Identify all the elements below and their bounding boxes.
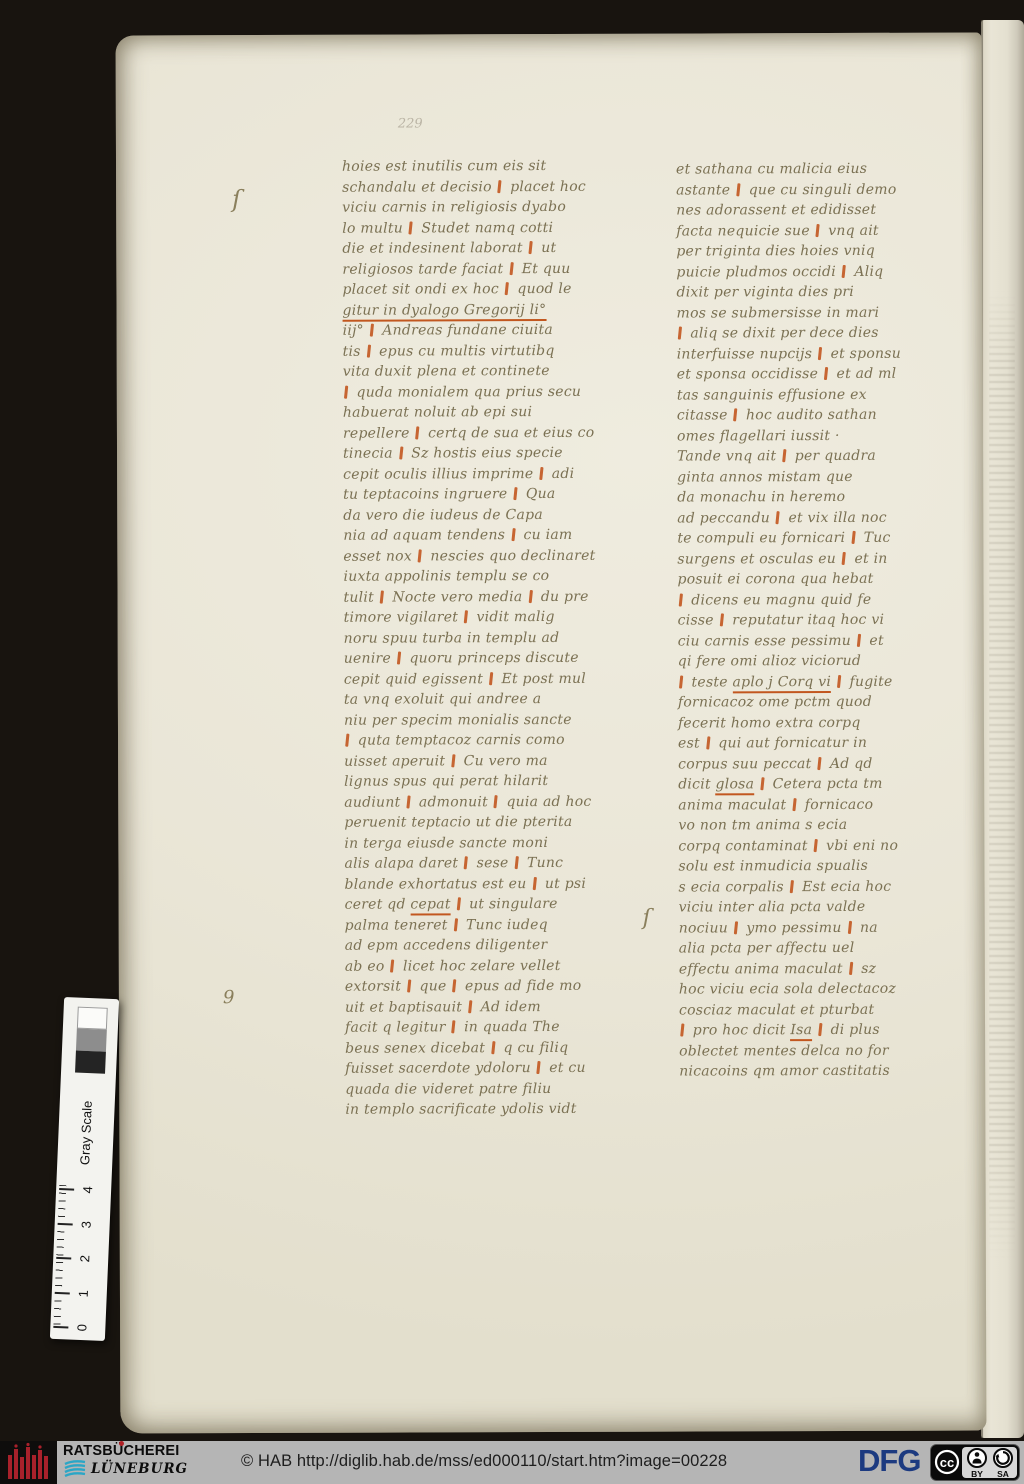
manuscript-line: audiunt admonuit quia ad hoc (344, 791, 656, 813)
ruler-number: 0 (74, 1324, 89, 1332)
manuscript-line: repellere certq de sua et eius co (343, 422, 655, 444)
manuscript-line: in terga eiusde sancte moni (344, 832, 656, 854)
rubric-mark (345, 734, 349, 747)
rubric-mark (776, 511, 780, 524)
manuscript-line: habuerat noluit ab epi sui (343, 402, 655, 424)
ruler-number: 1 (76, 1290, 91, 1298)
rubric-mark (453, 918, 457, 931)
manuscript-line: tu teptacoins ingruere Qua (343, 484, 655, 506)
manuscript-line: tulit Nocte vero media du pre (343, 586, 655, 608)
rubricated-text: Isa (790, 1022, 812, 1041)
scanned-manuscript-view: 229 ſ 9 ſ hoies est inutilis cum eis sit… (0, 0, 1024, 1484)
ruler-number: 2 (77, 1255, 92, 1263)
dfg-logo: DFG (858, 1443, 920, 1479)
rubric-mark (679, 593, 683, 606)
rubric-mark (464, 856, 468, 869)
manuscript-line: mos se submersisse in mari (677, 302, 977, 324)
manuscript-line: alia pcta per affectu uel (679, 938, 979, 960)
person-icon (975, 1452, 980, 1457)
manuscript-line: da monachu in heremo (677, 487, 977, 509)
manuscript-line: hoc viciu ecia sola delectacoz (679, 979, 979, 1001)
rubric-mark (406, 795, 410, 808)
manuscript-line: dixit per viginta dies pri (676, 282, 976, 304)
manuscript-line: posuit ei corona qua hebat (677, 569, 977, 591)
manuscript-line: puicie pludmos occidi Aliq (676, 261, 976, 283)
rubric-mark (842, 264, 846, 277)
lueneburg-text: LÜNEBURG (91, 1461, 188, 1477)
manuscript-line: et sponsa occidisse et ad ml (677, 364, 977, 386)
manuscript-line: cosciaz maculat et pturbat (679, 999, 979, 1021)
rubric-mark (367, 344, 371, 357)
patch-gray (76, 1029, 107, 1052)
manuscript-line: ad peccandu et vix illa noc (677, 507, 977, 529)
ruler-major-tick: 0 (53, 1321, 103, 1335)
rubric-mark (736, 183, 740, 196)
manuscript-line: die et indesinent laborat ut (342, 238, 654, 260)
rubric-mark (457, 897, 461, 910)
grayscale-ruler: 43210 (53, 1185, 109, 1333)
manuscript-line: lignus spus qui perat hilarit (344, 771, 656, 793)
manuscript-line: ab eo licet hoc zelare vellet (345, 955, 657, 977)
ruler-number: 3 (79, 1221, 94, 1229)
rubric-mark (464, 610, 468, 623)
manuscript-line: peruenit teptacio ut die pterita (344, 812, 656, 834)
manuscript-line: palma teneret Tunc iudeq (345, 914, 657, 936)
rubricated-text: glosa (715, 776, 754, 795)
rubric-mark (491, 1041, 495, 1054)
manuscript-line: qi fere omi alioz viciorud (678, 651, 978, 673)
ruler-major-tick: 4 (59, 1183, 109, 1197)
manuscript-line: esset nox nescies quo declinaret (343, 545, 655, 567)
rubric-mark (817, 756, 821, 769)
manuscript-line: iij° Andreas fundane ciuita (343, 320, 655, 342)
manuscript-line: quda monialem qua prius secu (343, 381, 655, 403)
patch-black (75, 1051, 106, 1074)
rubric-mark (514, 856, 518, 869)
rubric-mark (409, 221, 413, 234)
manuscript-line: effectu anima maculat sz (679, 958, 979, 980)
rubric-mark (511, 528, 515, 541)
manuscript-line: est qui aut fornicatur in (678, 733, 978, 755)
manuscript-line: nes adorassent et edidisset (676, 200, 976, 222)
manuscript-line: nia ad aquam tendens cu iam (343, 525, 655, 547)
cc-icon: cc (940, 1455, 954, 1470)
rubric-mark (528, 589, 532, 602)
manuscript-line: timore vigilaret vidit malig (344, 607, 656, 629)
manuscript-line: schandalu et decisio placet hoc (342, 176, 654, 198)
rubric-mark (390, 959, 394, 972)
manuscript-line: cepit quid egissent Et post mul (344, 668, 656, 690)
manuscript-line: tis epus cu multis virtutibq (343, 340, 655, 362)
manuscript-line: vita duxit plena et continete (343, 361, 655, 383)
rubric-mark (790, 880, 794, 893)
manuscript-line: pro hoc dicit Isa di plus (679, 1020, 979, 1042)
manuscript-line: astante que cu singuli demo (676, 179, 976, 201)
manuscript-line: corpus suu peccat Ad qd (678, 753, 978, 775)
rubric-mark (513, 487, 517, 500)
rubric-mark (452, 979, 456, 992)
manuscript-line: et sathana cu malicia eius (676, 159, 976, 181)
manuscript-line: omes flagellari iussit · (677, 425, 977, 447)
manuscript-line: tas sanguinis effusione ex (677, 384, 977, 406)
rubric-mark (344, 385, 348, 398)
by-label: BY (971, 1469, 983, 1479)
rubric-mark (842, 551, 846, 564)
manuscript-line: anima maculat fornicaco (678, 794, 978, 816)
rubric-mark (849, 961, 853, 974)
red-dot-icon (119, 1441, 124, 1446)
rubric-mark (678, 326, 682, 339)
manuscript-column-right: et sathana cu malicia eiusastante que cu… (676, 159, 979, 1083)
margin-mark: 9 (223, 987, 235, 1008)
manuscript-line: uisset aperuit Cu vero ma (344, 750, 656, 772)
rubric-mark (537, 1061, 541, 1074)
manuscript-line: hoies est inutilis cum eis sit (342, 156, 654, 178)
rubric-mark (380, 590, 384, 603)
manuscript-line: cepit oculis illius imprime adi (343, 463, 655, 485)
manuscript-page: 229 ſ 9 ſ hoies est inutilis cum eis sit… (116, 32, 987, 1433)
ruler-major-tick: 1 (55, 1286, 105, 1300)
manuscript-line: religiosos tarde faciat Et quu (342, 258, 654, 280)
manuscript-line: Tande vnq ait per quadra (677, 446, 977, 468)
manuscript-column-left: hoies est inutilis cum eis sitschandalu … (342, 156, 657, 1121)
manuscript-line: ta vnq exoluit qui andree a (344, 689, 656, 711)
manuscript-line: quta temptacoz carnis como (344, 730, 656, 752)
manuscript-line: fuisset sacerdote ydoloru et cu (345, 1058, 657, 1080)
manuscript-line: te compuli eu fornicari Tuc (677, 528, 977, 550)
rubric-mark (415, 426, 419, 439)
rubricated-text: gitur in dyalogo Gregorij li° (342, 302, 546, 322)
library-name-line2: LÜNEBURG (63, 1460, 233, 1477)
rubric-mark (818, 346, 822, 359)
manuscript-line: beus senex dicebat q cu filiq (345, 1037, 657, 1059)
manuscript-line: uit et baptisauit Ad idem (345, 996, 657, 1018)
grayscale-calibration-card: Gray Scale 43210 (50, 997, 119, 1341)
manuscript-line: viciu carnis in religiosis dyabo (342, 197, 654, 219)
manuscript-line: dicens eu magnu quid fe (678, 589, 978, 611)
rubric-mark (532, 876, 536, 889)
ruler-number: 4 (80, 1186, 95, 1194)
rubric-mark (733, 408, 737, 421)
manuscript-line: extorsit que epus ad fide mo (345, 976, 657, 998)
sa-label: SA (997, 1469, 1009, 1479)
manuscript-line: citasse hoc audito sathan (677, 405, 977, 427)
pencil-folio-number: 229 (398, 116, 423, 131)
manuscript-line: fornicacoz ome pctm quod (678, 692, 978, 714)
manuscript-line: ginta annos mistam que (677, 466, 977, 488)
rubric-mark (679, 675, 683, 688)
manuscript-line: ciu carnis esse pessimu et (678, 630, 978, 652)
rubric-mark (489, 672, 493, 685)
manuscript-line: facit q legitur in quada The (345, 1017, 657, 1039)
manuscript-line: facta nequicie sue vnq ait (676, 220, 976, 242)
manuscript-line: fecerit homo extra corpq (678, 712, 978, 734)
manuscript-line: solu est inmudicia spualis (678, 856, 978, 878)
rubric-mark (407, 979, 411, 992)
rubricated-text: aplo j Corq vi (732, 674, 831, 693)
manuscript-line: interfuisse nupcijs et sponsu (677, 343, 977, 365)
margin-paragraph-mark: ſ (232, 185, 241, 213)
rubric-mark (760, 777, 764, 790)
rubric-mark (509, 262, 513, 275)
manuscript-line: tinecia Sz hostis eius specie (343, 443, 655, 465)
rubric-mark (818, 1023, 822, 1036)
manuscript-line: uenire quoru princeps discute (344, 648, 656, 670)
manuscript-line: nicacoins qm amor castitatis (679, 1061, 979, 1083)
rubric-mark (494, 795, 498, 808)
open-book-icon (63, 1460, 87, 1477)
patch-white (77, 1007, 108, 1030)
manuscript-line: surgens et osculas eu et in (677, 548, 977, 570)
manuscript-line: noru spuu turba in templu ad (344, 627, 656, 649)
manuscript-line: ceret qd cepat ut singulare (345, 894, 657, 916)
rubric-mark (824, 367, 828, 380)
rubric-mark (814, 838, 818, 851)
manuscript-line: corpq contaminat vbi eni no (678, 835, 978, 857)
rubric-mark (539, 466, 543, 479)
grayscale-label: Gray Scale (56, 1081, 115, 1185)
manuscript-line: nociuu ymo pessimu na (679, 917, 979, 939)
rubric-mark (816, 223, 820, 236)
manuscript-line: gitur in dyalogo Gregorij li° (342, 299, 654, 321)
footer-bar: RATSBÜCHEREI LÜNEBURG © HAB http://digli… (0, 1441, 1024, 1484)
red-bars-icon (0, 1441, 57, 1484)
rubric-mark (370, 323, 374, 336)
rubric-mark (418, 549, 422, 562)
rubric-mark (837, 674, 841, 687)
rubric-mark (498, 180, 502, 193)
manuscript-line: in templo sacrificate ydolis vidt (345, 1099, 657, 1121)
ruler-major-tick: 2 (56, 1252, 106, 1266)
rubric-mark (857, 633, 861, 646)
manuscript-line: placet sit ondi ex hoc quod le (342, 279, 654, 301)
manuscript-line: alis alapa daret sese Tunc (344, 853, 656, 875)
library-name: RATSBÜCHEREI LÜNEBURG (63, 1443, 233, 1483)
ruler-major-tick: 3 (57, 1217, 107, 1231)
manuscript-line: viciu inter alia pcta valde (679, 897, 979, 919)
manuscript-line: quada die videret patre filiu (345, 1078, 657, 1100)
rubric-mark (792, 798, 796, 811)
manuscript-line: blande exhortatus est eu ut psi (344, 873, 656, 895)
ruler-major-ticks: 43210 (53, 1183, 109, 1335)
rubric-mark (468, 1000, 472, 1013)
manuscript-line: ad epm accedens diligenter (345, 935, 657, 957)
rubric-mark (399, 446, 403, 459)
manuscript-line: aliq se dixit per dece dies (677, 323, 977, 345)
show-through-text (989, 290, 1015, 1260)
copyright-url: © HAB http://diglib.hab.de/mss/ed000110/… (241, 1452, 727, 1471)
manuscript-line: lo multu Studet namq cotti (342, 217, 654, 239)
rubric-mark (734, 921, 738, 934)
cc-by-sa-badge: cc BY SA (930, 1444, 1020, 1481)
rubric-mark (451, 1020, 455, 1033)
manuscript-line: dicit glosa Cetera pcta tm (678, 774, 978, 796)
manuscript-line: da vero die iudeus de Capa (343, 504, 655, 526)
rubric-mark (451, 754, 455, 767)
manuscript-line: oblectet mentes delca no for (679, 1040, 979, 1062)
rubric-mark (782, 449, 786, 462)
rubric-mark (529, 241, 533, 254)
manuscript-line: teste aplo j Corq vi fugite (678, 671, 978, 693)
library-name-line1: RATSBÜCHEREI (63, 1443, 233, 1459)
rubricated-text: cepat (410, 896, 450, 915)
rubric-mark (706, 736, 710, 749)
manuscript-line: niu per specim monialis sancte (344, 709, 656, 731)
rubric-mark (720, 613, 724, 626)
rubric-mark (851, 531, 855, 544)
rubric-mark (505, 282, 509, 295)
rubric-mark (397, 651, 401, 664)
rubric-mark (847, 920, 851, 933)
manuscript-line: vo non tm anima s ecia (678, 815, 978, 837)
library-logo-bars (0, 1441, 57, 1484)
manuscript-line: per triginta dies hoies vniq (676, 241, 976, 263)
grayscale-patches (75, 1007, 108, 1074)
manuscript-line: cisse reputatur itaq hoc vi (678, 610, 978, 632)
facing-page-edge (981, 20, 1024, 1438)
manuscript-line: iuxta appolinis templu se co (343, 566, 655, 588)
manuscript-line: s ecia corpalis Est ecia hoc (679, 876, 979, 898)
rubric-mark (680, 1023, 684, 1036)
